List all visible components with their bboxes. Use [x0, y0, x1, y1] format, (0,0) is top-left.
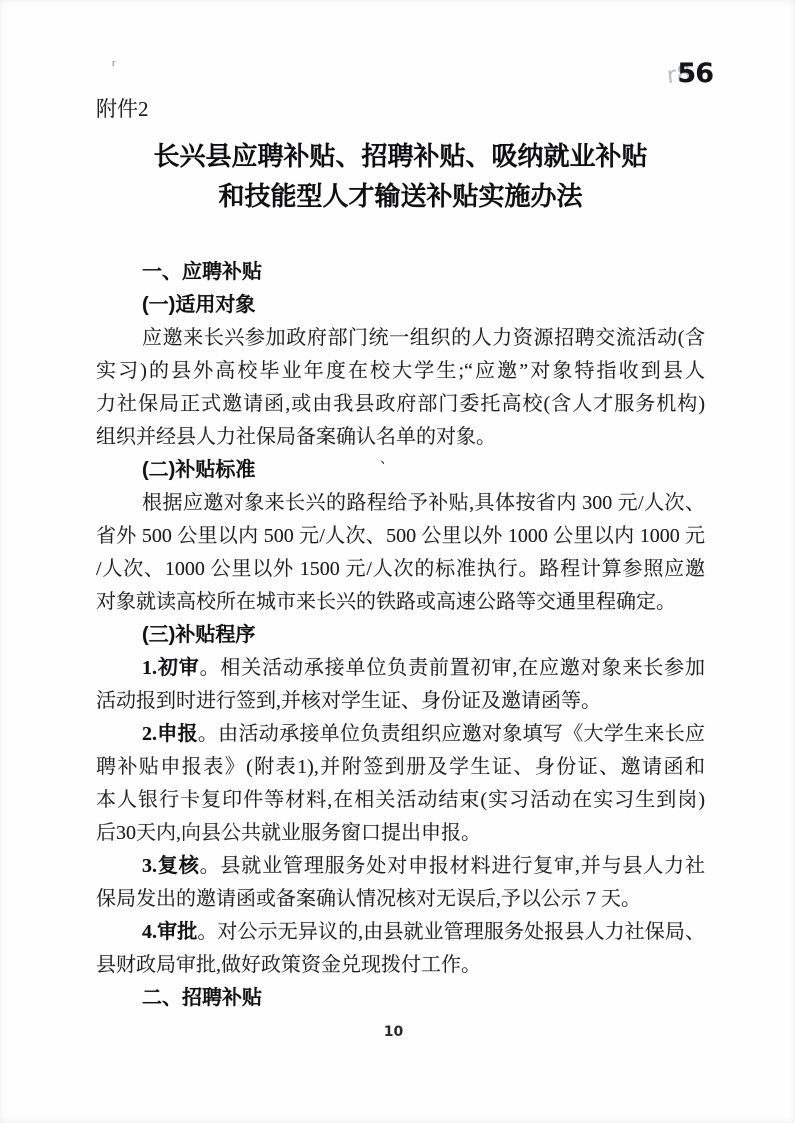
document-content: 附件2 长兴县应聘补贴、招聘补贴、吸纳就业补贴 和技能型人才输送补贴实施办法 一…: [96, 96, 705, 1015]
paragraph: 应邀来长兴参加政府部门统一组织的人力资源招聘交流活动(含实习)的县外高校毕业年度…: [96, 322, 705, 454]
text-line: 本人银行卡复印件等材料,在相关活动结束(实习活动在实习生到岗): [96, 784, 705, 817]
text-line: 省外 500 公里以内 500 元/人次、500 公里以外 1000 公里以内 …: [96, 520, 705, 553]
bold-lead: 2.申报: [142, 723, 198, 745]
paragraph: 根据应邀对象来长兴的路程给予补贴,具体按省内 300 元/人次、省外 500 公…: [96, 487, 705, 619]
text-line: 实习)的县外高校毕业年度在校大学生;“应邀”对象特指收到县人: [96, 355, 705, 388]
text-line: 后30天内,向县公共就业服务窗口提出申报。: [96, 817, 705, 850]
text-line: 保局发出的邀请函或备案确认情况核对无误后,予以公示 7 天。: [96, 883, 705, 916]
text-line: 应邀来长兴参加政府部门统一组织的人力资源招聘交流活动(含: [96, 322, 705, 355]
text-line: /人次、1000 公里以外 1500 元/人次的标准执行。路程计算参照应邀: [96, 553, 705, 586]
text-line: 根据应邀对象来长兴的路程给予补贴,具体按省内 300 元/人次、: [96, 487, 705, 520]
text-line: 聘补贴申报表》(附表1),并附签到册及学生证、身份证、邀请函和: [96, 751, 705, 784]
scan-artifact-speck: r: [112, 58, 115, 69]
bold-lead: 3.复核: [142, 855, 200, 877]
section-heading: 二、招聘补贴: [96, 982, 705, 1015]
text-line: 对象就读高校所在城市来长兴的铁路或高速公路等交通里程确定。: [96, 586, 705, 619]
attachment-label: 附件2: [96, 96, 705, 122]
scanned-document-page: r r8 56 、 附件2 长兴县应聘补贴、招聘补贴、吸纳就业补贴 和技能型人才…: [0, 0, 795, 1123]
text-line: 县财政局审批,做好政策资金兑现拨付工作。: [96, 949, 705, 982]
bold-lead: 4.审批: [142, 921, 197, 943]
paragraph: 4.审批。对公示无异议的,由县就业管理服务处报县人力社保局、县财政局审批,做好政…: [96, 916, 705, 982]
document-title-line1: 长兴县应聘补贴、招聘补贴、吸纳就业补贴: [96, 136, 705, 176]
document-body: 一、应聘补贴(一)适用对象应邀来长兴参加政府部门统一组织的人力资源招聘交流活动(…: [96, 256, 705, 1015]
bold-lead: 1.初审: [142, 657, 200, 679]
section-heading: (三)补贴程序: [96, 619, 705, 652]
section-heading: (二)补贴标准: [96, 454, 705, 487]
text-line: 3.复核。县就业管理服务处对申报材料进行复审,并与县人力社: [96, 850, 705, 883]
page-stamp: r8 56: [635, 58, 725, 100]
text-line: 活动报到时进行签到,并核对学生证、身份证及邀请函等。: [96, 685, 705, 718]
footer-page-number: 10: [0, 1024, 787, 1040]
text-line: 2.申报。由活动承接单位负责组织应邀对象填写《大学生来长应: [96, 718, 705, 751]
text-line: 组织并经县人力社保局备案确认名单的对象。: [96, 421, 705, 454]
text-line: 1.初审。相关活动承接单位负责前置初审,在应邀对象来长参加: [96, 652, 705, 685]
paragraph: 3.复核。县就业管理服务处对申报材料进行复审,并与县人力社保局发出的邀请函或备案…: [96, 850, 705, 916]
section-heading: (一)适用对象: [96, 289, 705, 322]
text-line: 4.审批。对公示无异议的,由县就业管理服务处报县人力社保局、: [96, 916, 705, 949]
text-line: 力社保局正式邀请函,或由我县政府部门委托高校(含人才服务机构): [96, 388, 705, 421]
paragraph: 1.初审。相关活动承接单位负责前置初审,在应邀对象来长参加活动报到时进行签到,并…: [96, 652, 705, 718]
paragraph: 2.申报。由活动承接单位负责组织应邀对象填写《大学生来长应聘补贴申报表》(附表1…: [96, 718, 705, 850]
section-heading: 一、应聘补贴: [96, 256, 705, 289]
stamped-page-number: 56: [677, 58, 713, 89]
document-title: 长兴县应聘补贴、招聘补贴、吸纳就业补贴 和技能型人才输送补贴实施办法: [96, 136, 705, 216]
document-title-line2: 和技能型人才输送补贴实施办法: [96, 176, 705, 216]
